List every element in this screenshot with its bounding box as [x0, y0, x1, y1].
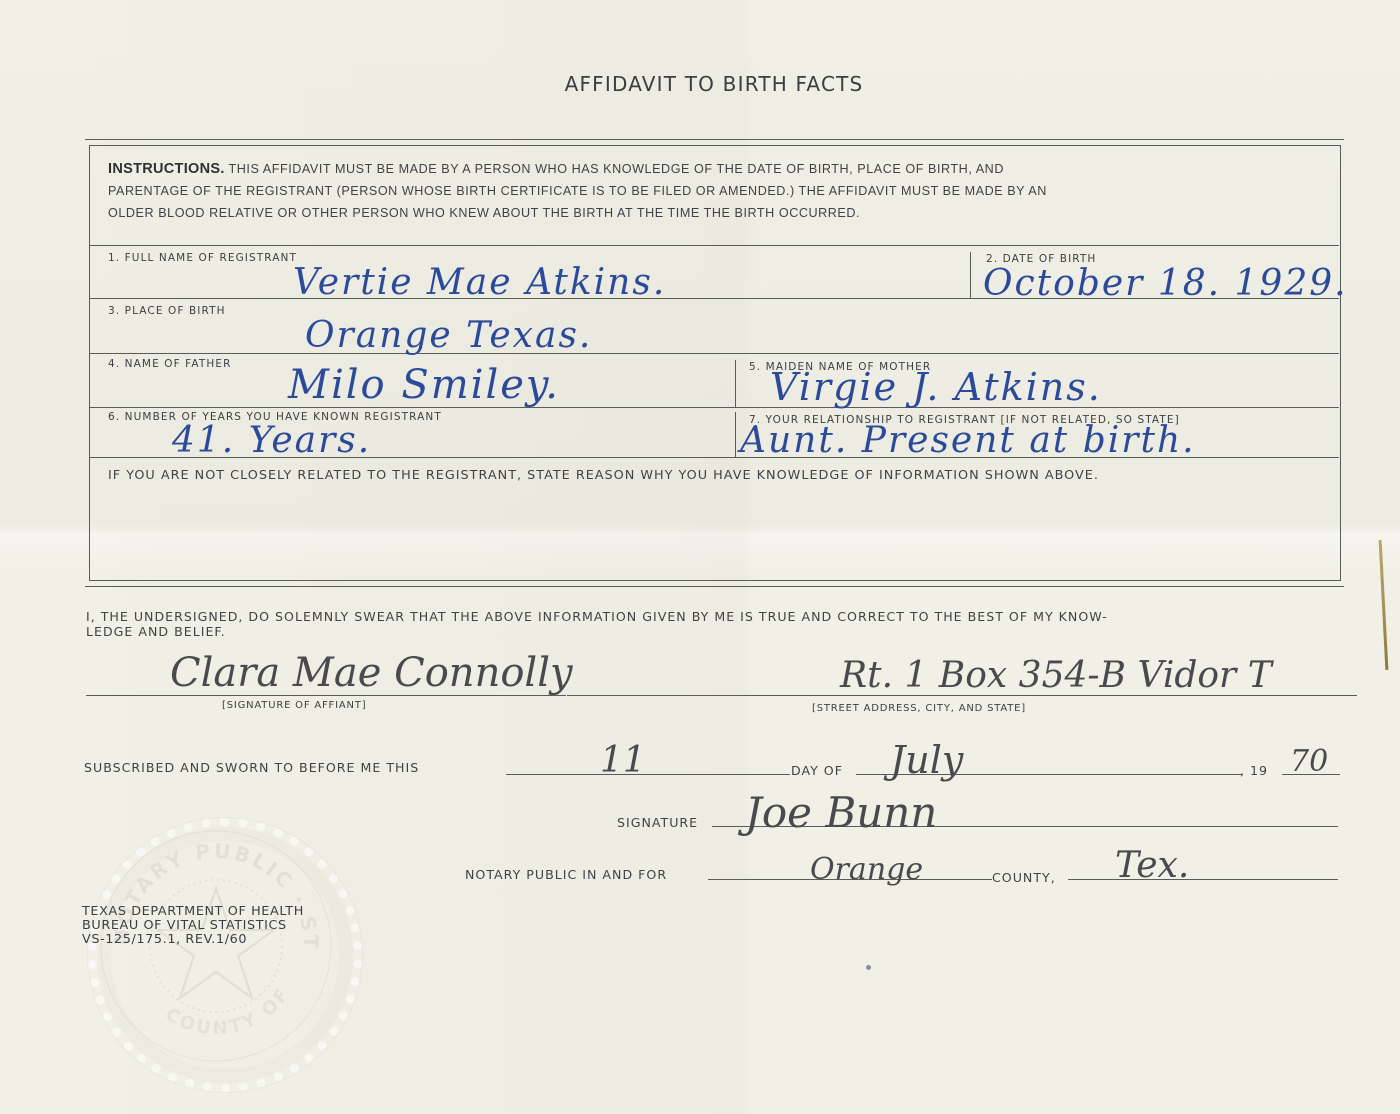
instructions-block: INSTRUCTIONS. THIS AFFIDAVIT MUST BE MAD… [108, 158, 1340, 224]
field-7-relationship-value[interactable]: Aunt. Present at birth. [740, 420, 1196, 461]
form-footer: TEXAS DEPARTMENT OF HEALTH BUREAU OF VIT… [82, 905, 304, 947]
month-value[interactable]: July [890, 738, 963, 782]
notary-signature-value[interactable]: Joe Bunn [745, 788, 937, 837]
field-4-father-name-value[interactable]: Milo Smiley. [288, 362, 560, 408]
notary-public-label: NOTARY PUBLIC IN AND FOR [465, 867, 667, 882]
field-2-date-of-birth-value[interactable]: October 18. 1929. [983, 263, 1348, 304]
affiant-signature-label: [SIGNATURE OF AFFIANT] [222, 700, 366, 711]
column-divider [735, 360, 736, 407]
notary-signature-label: SIGNATURE [617, 815, 698, 830]
instructions-heading: INSTRUCTIONS. [108, 161, 225, 177]
not-related-reason-field[interactable] [108, 492, 1328, 572]
day-of-label: DAY OF [791, 763, 843, 778]
footer-bureau: BUREAU OF VITAL STATISTICS [82, 919, 304, 933]
field-3-label: 3. PLACE OF BIRTH [108, 305, 226, 317]
field-3-place-of-birth-value[interactable]: Orange Texas. [305, 315, 592, 356]
instructions-line-2: PARENTAGE OF THE REGISTRANT (PERSON WHOS… [108, 180, 1340, 202]
affiant-signature-value[interactable]: Clara Mae Connolly [170, 650, 573, 696]
notary-seal-emboss: NOTARY PUBLIC · STATE OF TEXAS COUNTY OF [88, 818, 362, 1092]
county-label: COUNTY, [992, 870, 1056, 885]
field-1-label: 1. FULL NAME OF REGISTRANT [108, 252, 297, 264]
document-title: AFFIDAVIT TO BIRTH FACTS [0, 72, 1400, 96]
field-1-full-name-value[interactable]: Vertie Mae Atkins. [293, 262, 666, 303]
affiant-address-label: [STREET ADDRESS, CITY, AND STATE] [812, 703, 1026, 714]
year-value[interactable]: 70 [1290, 744, 1328, 779]
column-divider [735, 412, 736, 457]
field-6-years-known-value[interactable]: 41. Years. [172, 420, 371, 461]
row-divider [90, 353, 1339, 354]
row-divider [90, 407, 1339, 408]
state-line [1068, 879, 1338, 880]
attached-sheet-edge [1379, 540, 1389, 670]
day-value[interactable]: 11 [600, 740, 646, 781]
day-line [506, 774, 790, 775]
oath-line-1: I, THE UNDERSIGNED, DO SOLEMNLY SWEAR TH… [86, 609, 1108, 624]
instructions-line-3: OLDER BLOOD RELATIVE OR OTHER PERSON WHO… [108, 202, 1340, 224]
subscribed-label: SUBSCRIBED AND SWORN TO BEFORE ME THIS [84, 760, 419, 775]
footer-department: TEXAS DEPARTMENT OF HEALTH [82, 905, 304, 919]
year-prefix: , 19 [1240, 763, 1268, 778]
affiant-address-value[interactable]: Rt. 1 Box 354-B Vidor T [840, 655, 1272, 696]
not-related-prompt: IF YOU ARE NOT CLOSELY RELATED TO THE RE… [108, 468, 1099, 483]
oath-line-2: LEDGE AND BELIEF. [86, 624, 226, 639]
row-divider [90, 245, 1339, 246]
ink-speck [866, 965, 871, 970]
footer-form-number: VS-125/175.1, REV.1/60 [82, 933, 304, 947]
county-value[interactable]: Orange [810, 852, 923, 887]
column-divider [970, 252, 971, 298]
state-value[interactable]: Tex. [1115, 845, 1189, 886]
instructions-line-1: THIS AFFIDAVIT MUST BE MADE BY A PERSON … [229, 162, 1004, 176]
field-4-label: 4. NAME OF FATHER [108, 358, 231, 370]
field-5-mother-maiden-name-value[interactable]: Virgie J. Atkins. [770, 365, 1102, 409]
